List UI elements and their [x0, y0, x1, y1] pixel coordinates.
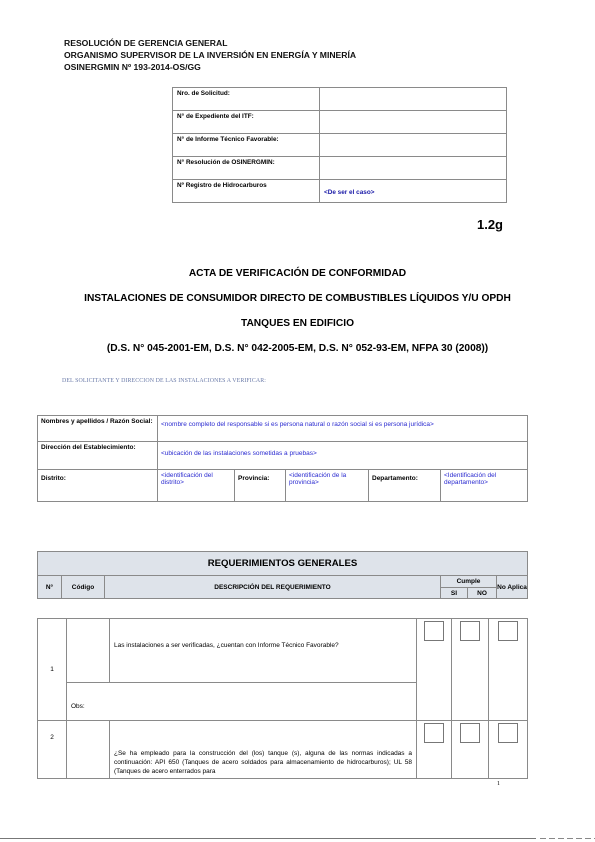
not-applicable-checkbox[interactable] [498, 723, 518, 743]
district-field[interactable]: <identificación del distrito> [158, 470, 235, 502]
registry-table: Nro. de Solicitud: N° de Expediente del … [172, 87, 507, 203]
registry-label: N° de Expediente del ITF: [173, 111, 320, 134]
section-label: DEL SOLICITANTE Y DIRECCION DE LAS INSTA… [62, 378, 266, 384]
col-cumple: Cumple [441, 576, 497, 588]
province-label: Provincia: [235, 470, 286, 502]
no-checkbox[interactable] [460, 621, 480, 641]
row-description: Las instalaciones a ser verificadas, ¿cu… [110, 619, 417, 683]
registry-row: Nº Registro de Hidrocarburos <De ser el … [173, 180, 507, 203]
si-checkbox[interactable] [424, 723, 444, 743]
table-row: 1 Las instalaciones a ser verificadas, ¿… [38, 619, 528, 683]
col-number: N° [38, 576, 62, 599]
registry-value-field[interactable] [320, 88, 507, 111]
row-code [67, 619, 110, 683]
applicant-table: Nombres y apellidos / Razón Social: <nom… [37, 415, 528, 502]
registry-value-field[interactable]: <De ser el caso> [320, 180, 507, 203]
si-checkbox[interactable] [424, 621, 444, 641]
not-applicable-checkbox[interactable] [498, 621, 518, 641]
name-field[interactable]: <nombre completo del responsable si es p… [158, 416, 528, 442]
legal-references: (D.S. N° 045-2001-EM, D.S. N° 042-2005-E… [0, 343, 595, 354]
requirements-header-table: REQUERIMIENTOS GENERALES N° Código DESCR… [37, 551, 528, 599]
col-description: DESCRIPCIÓN DEL REQUERIMIENTO [105, 576, 441, 599]
province-field[interactable]: <identificación de la provincia> [286, 470, 369, 502]
page-divider [0, 838, 536, 839]
row-number: 2 [38, 721, 67, 779]
registry-row: N° Resolución de OSINERGMIN: [173, 157, 507, 180]
col-no: NO [468, 588, 497, 599]
registry-row: N° de Informe Técnico Favorable: [173, 134, 507, 157]
row-description: ¿Se ha empleado para la construcción del… [110, 721, 417, 779]
address-label: Dirección del Establecimiento: [38, 442, 158, 470]
registry-label: Nº Registro de Hidrocarburos [173, 180, 320, 203]
department-label: Departamento: [369, 470, 441, 502]
col-not-applicable: No Aplica [497, 576, 528, 599]
header-line-3: OSINERGMIN Nº 193-2014-OS/GG [64, 61, 356, 73]
header-line-1: RESOLUCIÓN DE GERENCIA GENERAL [64, 37, 356, 49]
registry-row: N° de Expediente del ITF: [173, 111, 507, 134]
document-title: ACTA DE VERIFICACIÓN DE CONFORMIDAD [0, 268, 595, 279]
requirements-title: REQUERIMIENTOS GENERALES [38, 552, 528, 576]
department-field[interactable]: <Identificación del departamento> [441, 470, 528, 502]
registry-value-field[interactable] [320, 111, 507, 134]
col-si: SI [441, 588, 468, 599]
name-label: Nombres y apellidos / Razón Social: [38, 416, 158, 442]
registry-label: N° Resolución de OSINERGMIN: [173, 157, 320, 180]
document-subtitle-2: TANQUES EN EDIFICIO [0, 318, 595, 329]
resolution-header: RESOLUCIÓN DE GERENCIA GENERAL ORGANISMO… [64, 37, 356, 73]
document-subtitle: INSTALACIONES DE CONSUMIDOR DIRECTO DE C… [0, 293, 595, 304]
district-label: Distrito: [38, 470, 158, 502]
page-number: 1 [497, 781, 500, 787]
registry-label: Nro. de Solicitud: [173, 88, 320, 111]
table-row: 2 ¿Se ha empleado para la construcción d… [38, 721, 528, 779]
row-code [67, 721, 110, 779]
obs-field[interactable]: Obs: [67, 683, 417, 721]
registry-label: N° de Informe Técnico Favorable: [173, 134, 320, 157]
row-number: 1 [38, 619, 67, 721]
address-field[interactable]: <ubicación de las instalaciones sometida… [158, 442, 528, 470]
no-checkbox[interactable] [460, 723, 480, 743]
requirements-table: 1 Las instalaciones a ser verificadas, ¿… [37, 618, 528, 779]
col-code: Código [62, 576, 105, 599]
registry-row: Nro. de Solicitud: [173, 88, 507, 111]
registry-value-field[interactable] [320, 134, 507, 157]
registry-value-field[interactable] [320, 157, 507, 180]
page-divider-dashed [540, 838, 595, 839]
header-line-2: ORGANISMO SUPERVISOR DE LA INVERSIÓN EN … [64, 49, 356, 61]
form-code: 1.2g [477, 217, 503, 232]
